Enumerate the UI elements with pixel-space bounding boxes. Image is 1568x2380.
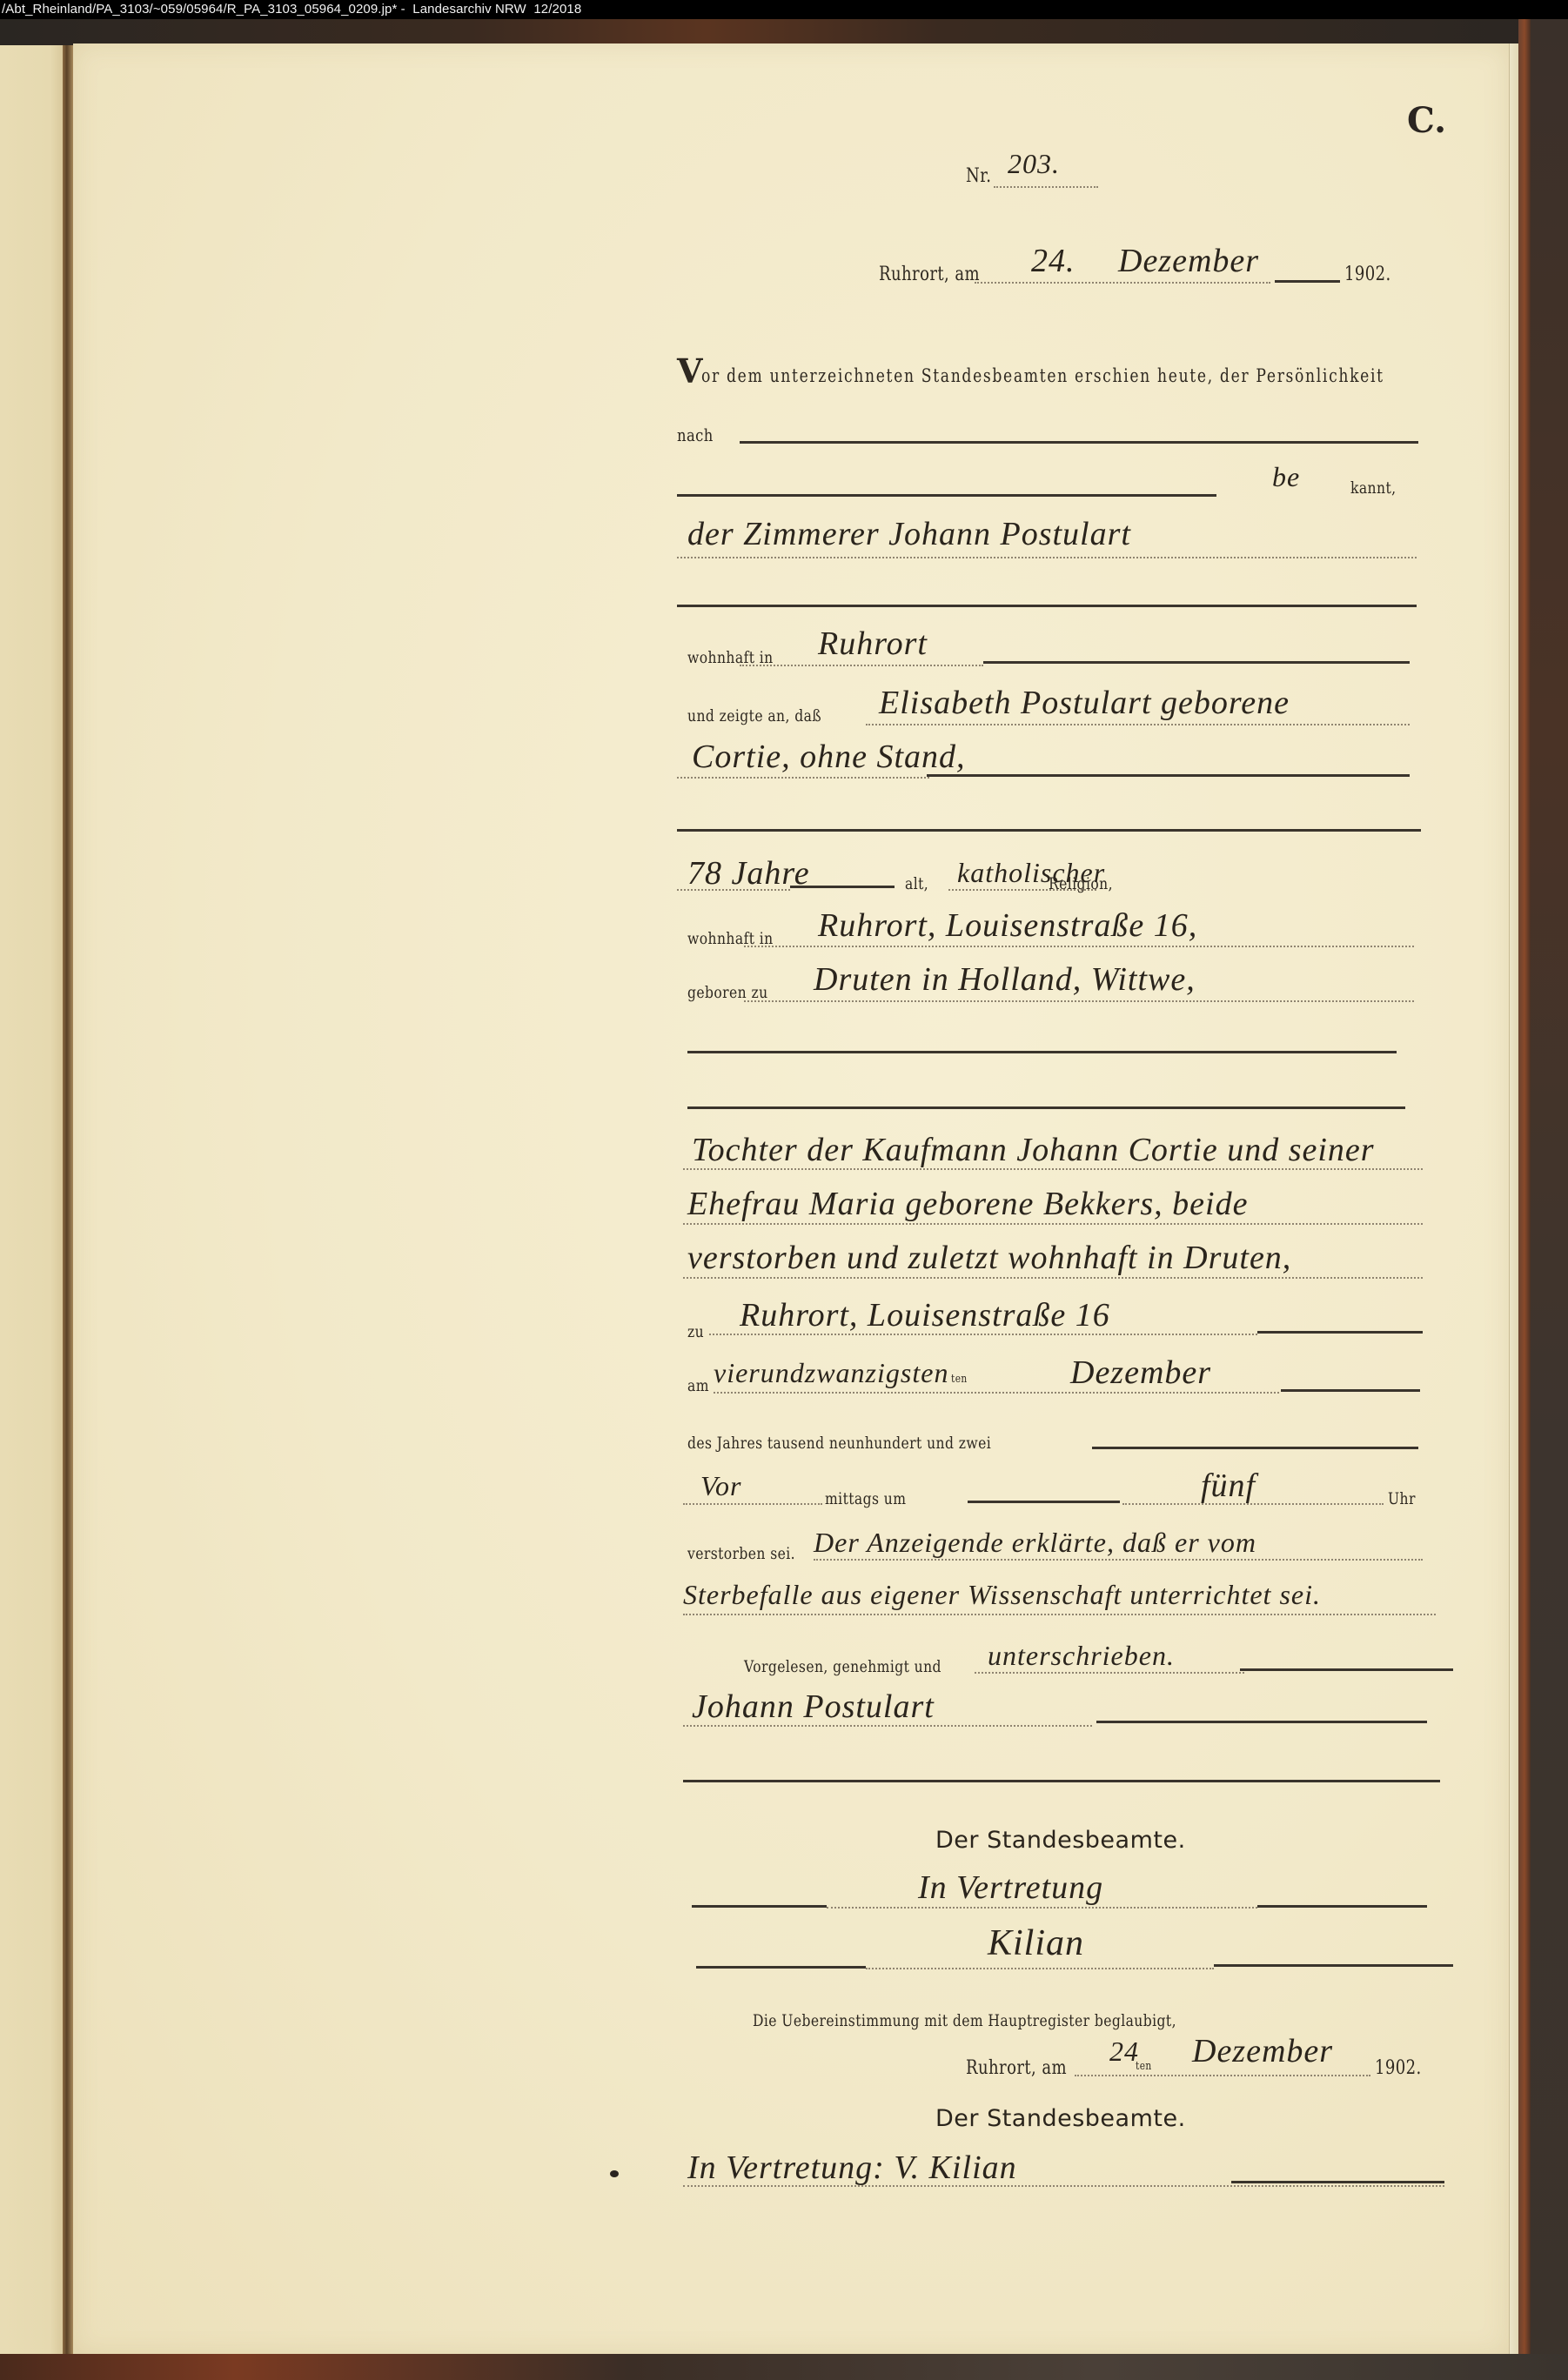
parents-dotted-line-1	[683, 1168, 1423, 1170]
date-dotted-line	[975, 282, 1270, 284]
deputy-hand: In Vertretung	[918, 1869, 1103, 1907]
date-solid-line	[1275, 280, 1340, 283]
nach-label: nach	[677, 425, 714, 445]
announce-dotted-line	[866, 724, 1410, 725]
time-label: mittags um	[825, 1489, 906, 1508]
registrar-heading: Der Standesbeamte.	[935, 1827, 1186, 1854]
read-solid-line	[1240, 1668, 1453, 1671]
parents-dotted-line-2	[683, 1223, 1423, 1225]
read-label: Vorgelesen, genehmigt und	[744, 1657, 941, 1676]
deceased-dotted-line	[677, 777, 929, 779]
residence-dotted-line	[740, 665, 983, 666]
died-label: verstorben sei.	[687, 1544, 795, 1563]
read-dotted-line	[975, 1672, 1244, 1674]
ink-blot	[610, 2170, 619, 2177]
age-solid-line	[790, 886, 895, 888]
book-cover-bottom	[0, 2354, 1568, 2380]
note-line-2: Sterbefalle aus eigener Wissenschaft unt…	[683, 1579, 1321, 1611]
registrar-solid-line-right	[1214, 1964, 1453, 1967]
date-month: Dezember	[1118, 242, 1259, 280]
known-label: kannt,	[1350, 478, 1396, 498]
religion-label: Religion,	[1049, 874, 1113, 893]
known-hand: be	[1272, 461, 1300, 493]
deceased-residence-dotted-line	[744, 946, 1414, 947]
deputy-solid-line-left	[692, 1905, 827, 1908]
age-label: alt,	[905, 874, 928, 893]
death-date-solid-line	[1281, 1389, 1420, 1392]
book-gutter	[63, 45, 73, 2354]
hour-label: Uhr	[1388, 1489, 1416, 1508]
note-line-1: Der Anzeigende erklärte, daß er vom	[814, 1527, 1256, 1559]
left-page-edge	[0, 45, 63, 2354]
intro-text: or dem unterzeichneten Standesbeamten er…	[701, 365, 1384, 386]
known-line	[677, 494, 1216, 497]
note-dotted-line-1	[814, 1559, 1423, 1561]
time-solid-line	[968, 1501, 1120, 1503]
hour-dotted-line	[1122, 1503, 1384, 1505]
place-date-label: Ruhrort, am	[879, 264, 980, 285]
born-label: geboren zu	[687, 983, 768, 1002]
blank-line-1	[677, 605, 1417, 607]
certification-solid-line	[1231, 2181, 1444, 2183]
date-day: 24.	[1031, 242, 1075, 280]
parents-line-1: Tochter der Kaufmann Johann Cortie und s…	[692, 1131, 1375, 1169]
certification-dotted-line-2	[683, 2185, 1444, 2187]
death-date-label: am	[687, 1376, 709, 1395]
certification-signature: In Vertretung: V. Kilian	[687, 2149, 1017, 2187]
declarant-residence: Ruhrort	[818, 625, 928, 663]
registrar-name: Kilian	[988, 1922, 1084, 1964]
certification-heading: Der Standesbeamte.	[935, 2105, 1186, 2132]
registrar-solid-line-left	[696, 1966, 866, 1969]
time-prefix: Vor	[700, 1470, 741, 1502]
deceased-residence: Ruhrort, Louisenstraße 16,	[818, 906, 1197, 945]
read-hand: unterschrieben.	[988, 1640, 1175, 1672]
death-place-dotted-line	[709, 1334, 1257, 1335]
parents-line-3: verstorben und zuletzt wohnhaft in Drute…	[687, 1239, 1291, 1277]
death-year-text: des Jahres tausend neunhundert und zwei	[687, 1434, 991, 1453]
death-place-solid-line	[1257, 1331, 1423, 1334]
certification-year: 1902.	[1375, 2057, 1422, 2079]
time-prefix-dotted-line	[683, 1503, 822, 1505]
declarant-dotted-line	[677, 557, 1417, 558]
death-month: Dezember	[1070, 1354, 1211, 1392]
born-dotted-line	[744, 1000, 1414, 1002]
number-dotted-line	[994, 186, 1098, 188]
record-number-label: Nr.	[966, 165, 991, 187]
residence-solid-line	[983, 661, 1410, 664]
death-date-dotted-line	[714, 1392, 1279, 1394]
age-dotted-line	[677, 889, 790, 891]
deceased-solid-line	[927, 774, 1410, 777]
certification-day: 24	[1109, 2036, 1139, 2068]
death-place-label: zu	[687, 1322, 704, 1341]
certification-month: Dezember	[1192, 2032, 1333, 2070]
parents-dotted-line-3	[683, 1277, 1423, 1279]
death-year-line	[1092, 1447, 1418, 1449]
book-cover-right	[1518, 19, 1568, 2380]
intro-initial: V	[677, 351, 702, 391]
blank-line-2	[677, 829, 1421, 832]
certification-dotted-line	[1075, 2075, 1370, 2076]
born-hand: Druten in Holland, Wittwe,	[814, 960, 1196, 999]
death-day: vierundzwanzigsten	[714, 1357, 948, 1389]
blank-line-3	[687, 1051, 1397, 1053]
window-title-bar: /Abt_Rheinland/PA_3103/~059/05964/R_PA_3…	[0, 0, 1568, 19]
signature-dotted-line	[683, 1725, 1092, 1727]
death-hour: fünf	[1201, 1467, 1256, 1505]
declarant-signature: Johann Postulart	[692, 1688, 935, 1726]
certification-text: Die Uebereinstimmung mit dem Hauptregist…	[753, 2011, 1176, 2030]
date-year: 1902.	[1344, 264, 1391, 285]
note-dotted-line-2	[683, 1614, 1436, 1615]
announce-label: und zeigte an, daß	[687, 706, 821, 725]
deputy-solid-line-right	[1257, 1905, 1427, 1908]
deceased-name-1: Elisabeth Postulart geborene	[879, 684, 1290, 722]
nach-line	[740, 441, 1418, 444]
blank-line-4	[687, 1106, 1405, 1109]
signature-solid-line	[1096, 1721, 1427, 1723]
parents-line-2: Ehefrau Maria geborene Bekkers, beide	[687, 1185, 1248, 1223]
registrar-dotted-line	[866, 1968, 1214, 1969]
certification-place-label: Ruhrort, am	[966, 2057, 1067, 2079]
deceased-name-2: Cortie, ohne Stand,	[692, 738, 966, 776]
book-cover-top	[0, 19, 1568, 45]
deputy-dotted-line	[827, 1907, 1257, 1909]
certification-day-suffix: ten	[1136, 2060, 1152, 2073]
record-number-value: 203.	[1008, 148, 1060, 180]
declarant-name: der Zimmerer Johann Postulart	[687, 515, 1131, 553]
corner-mark: C.	[1407, 100, 1446, 141]
death-place: Ruhrort, Louisenstraße 16	[740, 1296, 1110, 1334]
death-day-suffix: ten	[951, 1373, 968, 1386]
blank-line-5	[683, 1780, 1440, 1782]
